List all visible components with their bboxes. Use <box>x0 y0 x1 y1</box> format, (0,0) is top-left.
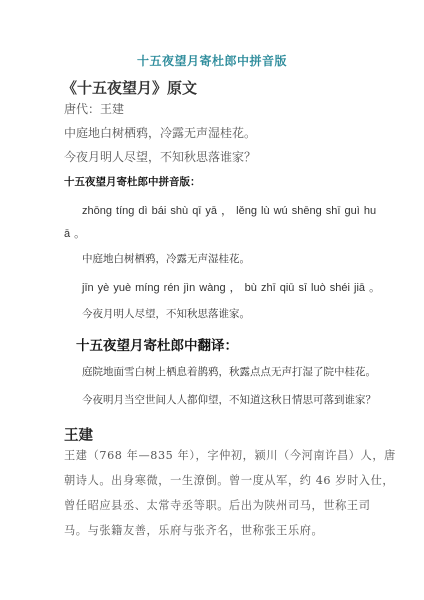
bio-line-4: 马。与张籍友善，乐府与张齐名，世称张王乐府。 <box>64 518 364 543</box>
poem-line-2: 今夜月明人尽望，不知秋思落谁家？ <box>64 148 256 165</box>
author-heading: 王建 <box>64 424 93 445</box>
poem-author-line: 唐代：王建 <box>64 100 124 117</box>
pinyin-line-2: jīn yè yuè míng rén jìn wàng ， bù zhī qi… <box>82 279 380 295</box>
translation-line-2: 今夜明月当空世间人人都仰望，不知道这秋日情思可落到谁家？ <box>82 392 376 407</box>
author-bio: 王建（768 年—835 年），字仲初，颍川（今河南许昌）人，唐 朝诗人。出身寒… <box>64 443 364 543</box>
pinyin-line-1b: ā 。 <box>64 225 85 241</box>
poem-line-1: 中庭地白树栖鸦，冷露无声湿桂花。 <box>64 124 256 141</box>
original-text-heading: 《十五夜望月》原文 <box>62 77 197 98</box>
bio-line-2: 朝诗人。出身寒微，一生潦倒。曾一度从军，约 46 岁时入仕， <box>64 468 364 493</box>
hanzi-line-1: 中庭地白树栖鸦，冷露无声湿桂花。 <box>82 251 250 266</box>
hanzi-line-2: 今夜月明人尽望，不知秋思落谁家。 <box>82 306 250 321</box>
pinyin-line-1a: zhōng tíng dì bái shù qī yā ， lěng lù wú… <box>82 202 376 218</box>
translation-heading: 十五夜望月寄杜郎中翻译： <box>76 334 238 354</box>
bio-line-3: 曾任昭应县丞、太常寺丞等职。后出为陕州司马，世称王司 <box>64 493 364 518</box>
pinyin-heading: 十五夜望月寄杜郎中拼音版： <box>64 174 201 189</box>
document-title: 十五夜望月寄杜郎中拼音版 <box>0 52 424 69</box>
translation-line-1: 庭院地面雪白树上栖息着鹊鸦，秋露点点无声打湿了院中桂花。 <box>82 364 376 379</box>
bio-line-1: 王建（768 年—835 年），字仲初，颍川（今河南许昌）人，唐 <box>64 443 364 468</box>
